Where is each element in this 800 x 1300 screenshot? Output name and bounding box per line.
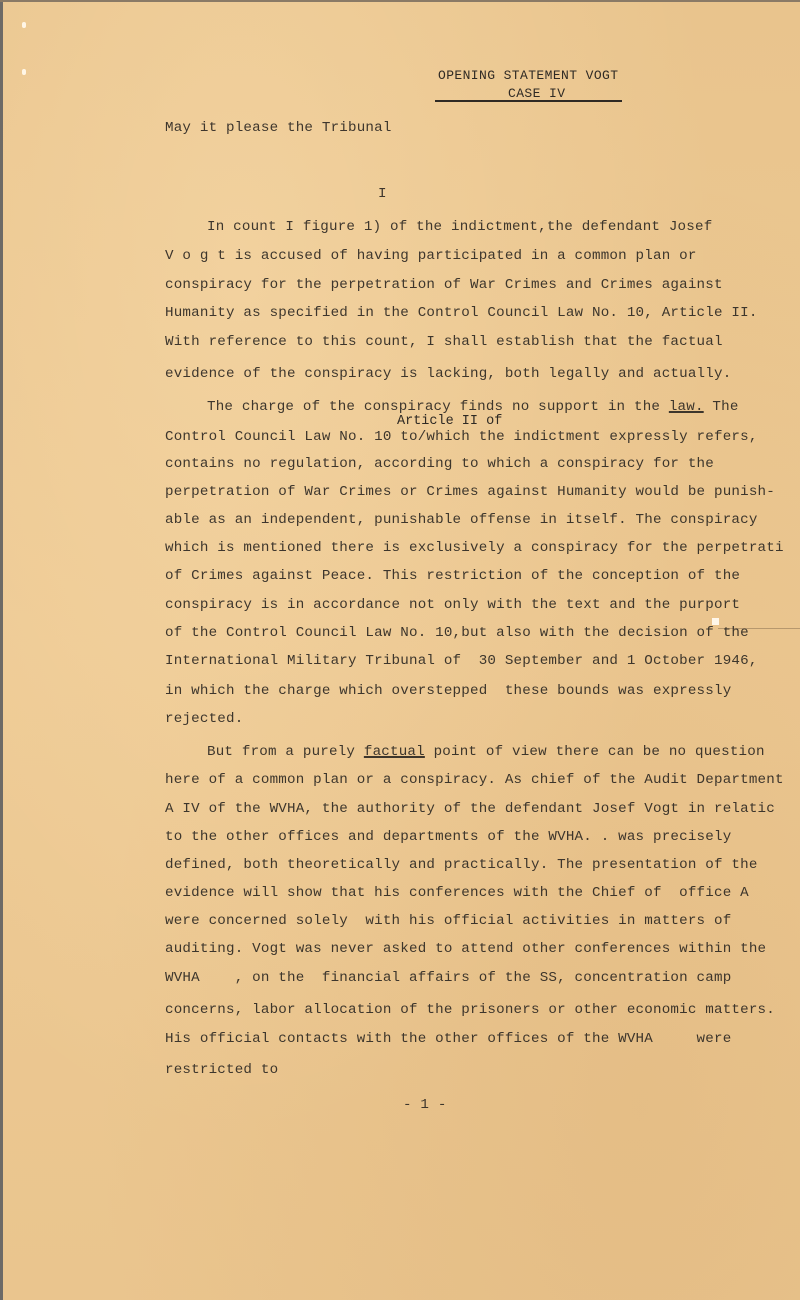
- text-line: rejected.: [165, 711, 243, 727]
- text-line: conspiracy for the perpetration of War C…: [165, 277, 723, 293]
- text-line: in which the charge which overstepped th…: [165, 683, 731, 699]
- salutation: May it please the Tribunal: [165, 120, 392, 136]
- header-underline: [435, 100, 622, 102]
- punch-mark: [22, 22, 26, 28]
- text-line: The charge of the conspiracy finds no su…: [207, 399, 739, 415]
- document-title: OPENING STATEMENT VOGT: [438, 68, 618, 83]
- text-line: But from a purely factual point of view …: [207, 744, 765, 760]
- text-line: restricted to: [165, 1062, 278, 1078]
- text-line: perpetration of War Crimes or Crimes aga…: [165, 484, 775, 500]
- text-segment: But from a purely: [207, 744, 364, 760]
- punch-mark: [22, 69, 26, 75]
- text-line: Control Council Law No. 10 to/which the …: [165, 429, 758, 445]
- text-line: which is mentioned there is exclusively …: [165, 540, 784, 556]
- text-line: His official contacts with the other off…: [165, 1031, 731, 1047]
- text-line: WVHA , on the financial affairs of the S…: [165, 970, 731, 986]
- text-line: evidence will show that his conferences …: [165, 885, 749, 901]
- page-edge-top: [0, 0, 800, 2]
- text-line: auditing. Vogt was never asked to attend…: [165, 941, 766, 957]
- text-line: International Military Tribunal of 30 Se…: [165, 653, 758, 669]
- interlineation: Article II of: [397, 415, 502, 429]
- paper-speck: [712, 618, 719, 625]
- text-line: of Crimes against Peace. This restrictio…: [165, 568, 740, 584]
- text-segment: The charge of the conspiracy finds no su…: [207, 399, 660, 415]
- text-line: here of a common plan or a conspiracy. A…: [165, 772, 784, 788]
- document-page: OPENING STATEMENT VOGT CASE IV May it pl…: [0, 0, 800, 1300]
- text-line: V o g t is accused of having participate…: [165, 248, 697, 264]
- underlined-word: factual: [364, 744, 425, 760]
- text-segment: point of view there can be no question: [425, 744, 765, 760]
- text-line: concerns, labor allocation of the prison…: [165, 1002, 775, 1018]
- page-number: - 1 -: [403, 1097, 447, 1113]
- text-line: A IV of the WVHA, the authority of the d…: [165, 801, 775, 817]
- text-line: In count I figure 1) of the indictment,t…: [207, 219, 712, 235]
- text-line: evidence of the conspiracy is lacking, b…: [165, 366, 731, 382]
- text-line: to the other offices and departments of …: [165, 829, 731, 845]
- text-line: contains no regulation, according to whi…: [165, 456, 714, 472]
- underlined-word: law.: [669, 399, 704, 415]
- text-line: Humanity as specified in the Control Cou…: [165, 305, 758, 321]
- section-number: I: [378, 186, 387, 202]
- case-label: CASE IV: [508, 86, 565, 101]
- text-segment: The: [704, 399, 739, 415]
- text-line: defined, both theoretically and practica…: [165, 857, 758, 873]
- text-line: With reference to this count, I shall es…: [165, 334, 723, 350]
- text-line: conspiracy is in accordance not only wit…: [165, 597, 740, 613]
- text-line: were concerned solely with his official …: [165, 913, 731, 929]
- text-line: of the Control Council Law No. 10,but al…: [165, 625, 749, 641]
- page-edge-left: [0, 0, 3, 1300]
- text-line: able as an independent, punishable offen…: [165, 512, 758, 528]
